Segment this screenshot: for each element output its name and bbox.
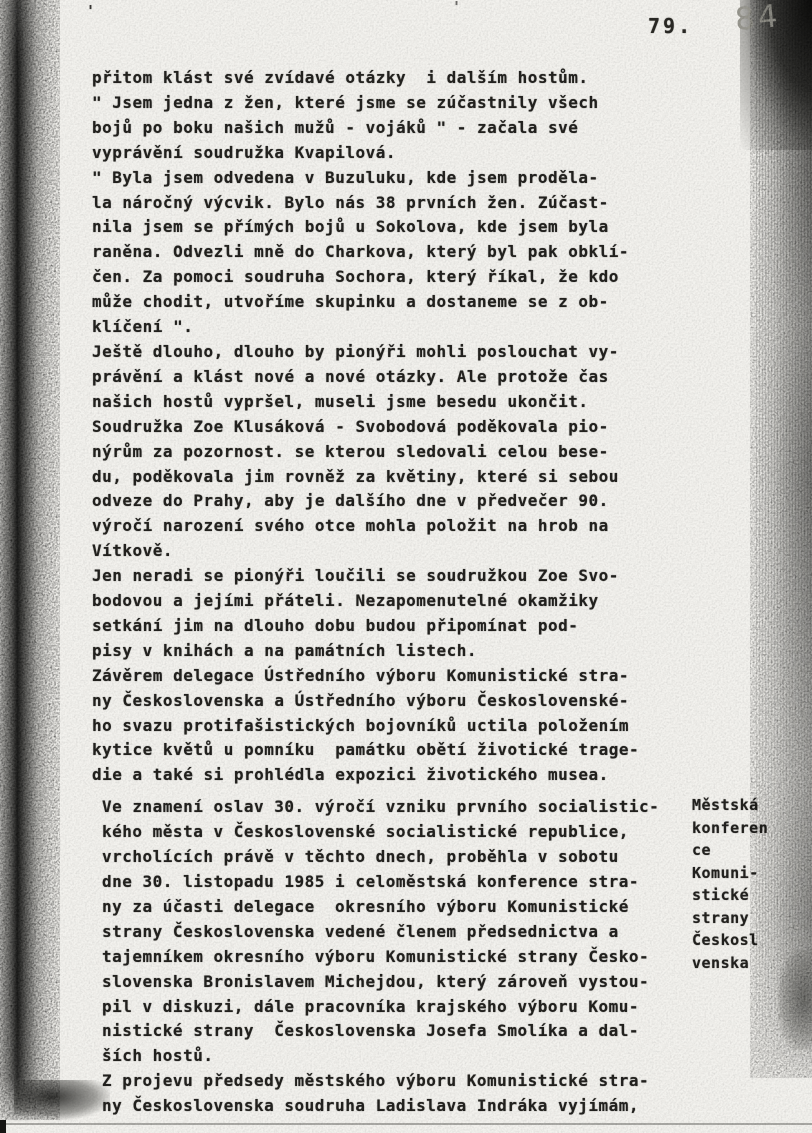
scan-blob-right [778,950,812,1050]
ink-speck: ' [86,2,95,20]
typed-page-number: 79. [648,14,693,38]
text-line: kého města v Československé socialistick… [102,820,692,845]
text-line: ny Československa a Ústředního výboru Če… [92,689,692,714]
text-line: Jen neradi se pionýři loučili se soudruž… [92,564,692,589]
text-line: nistické strany Československa Josefa Sm… [102,1019,692,1044]
text-line: vyprávění soudružka Kvapilová. [92,141,692,166]
bottom-left-corner-mark [0,1120,6,1133]
scanned-document-page: 79. 84 ' ' přitom klást své zvídavé otáz… [0,0,812,1133]
text-line: Ještě dlouho, dlouho by pionýři mohli po… [92,340,692,365]
text-line: Ve znamení oslav 30. výročí vzniku první… [102,795,692,820]
text-line: ho svazu protifašistických bojovníků uct… [92,714,692,739]
paragraph-6: Z projevu předsedy městského výboru Komu… [102,1069,692,1119]
paragraph-4: Závěrem delegace Ústředního výboru Komun… [92,664,692,789]
text-line: ny za účasti delegace okresního výboru K… [102,895,692,920]
text-line: " Jsem jedna z žen, které jsme se zúčast… [92,91,692,116]
text-line: Závěrem delegace Ústředního výboru Komun… [92,664,692,689]
text-line: pisy v knihách a na památních listech. [92,639,692,664]
typed-text-body: přitom klást své zvídavé otázky i dalším… [92,66,692,1119]
text-line: našich hostů vypršel, museli jsme besedu… [92,390,692,415]
text-line: " Byla jsem odvedena v Buzuluku, kde jse… [92,166,692,191]
margin-note-line: Komuni- [692,862,768,885]
text-line: du, poděkovala jim rovněž za květiny, kt… [92,465,692,490]
binding-shadow-left [0,0,58,1122]
margin-note-line: strany [692,907,768,930]
margin-note-line: stické [692,884,768,907]
text-line: slovenska Bronislavem Michejdou, který z… [102,970,692,995]
text-line: odveze do Prahy, aby je dalšího dne v př… [92,489,692,514]
text-line: právění a klást nové a nové otázky. Ale … [92,365,692,390]
text-line: bodovou a jejími přáteli. Nezapomenuteln… [92,589,692,614]
scanner-bottom-line [6,1123,812,1125]
text-line: čen. Za pomoci soudruha Sochora, který ř… [92,265,692,290]
text-line: nýrům za pozornost. se kterou sledovali … [92,440,692,465]
text-line: tajemníkem okresního výboru Komunistické… [102,945,692,970]
text-line: strany Československa vedené členem před… [102,920,692,945]
margin-note-line: Českosl [692,929,768,952]
text-line: výročí narození svého otce mohla položit… [92,514,692,539]
paragraph-5: Ve znamení oslav 30. výročí vzniku první… [102,795,692,1069]
ink-speck: ' [452,0,461,16]
text-line: raněna. Odvezli mně do Charkova, který b… [92,240,692,265]
text-line: die a také si prohlédla expozici životic… [92,763,692,788]
text-line: Vítkově. [92,539,692,564]
text-line: přitom klást své zvídavé otázky i dalším… [92,66,692,91]
text-line: nila jsem se přímých bojů u Sokolova, kd… [92,215,692,240]
paragraph-2: " Byla jsem odvedena v Buzuluku, kde jse… [92,166,692,340]
margin-note-line: venska [692,952,768,975]
text-line: setkání jim na dlouho dobu budou připomí… [92,614,692,639]
margin-note-line: ce [692,839,768,862]
text-line: klíčení ". [92,315,692,340]
text-line: Soudružka Zoe Klusáková - Svobodová podě… [92,415,692,440]
text-line: bojů po boku našich mužů - vojáků " - za… [92,116,692,141]
text-line: kytice květů u pomníku památku obětí živ… [92,738,692,763]
paragraph-1: přitom klást své zvídavé otázky i dalším… [92,66,692,166]
margin-note: Městská konferen ce Komuni- stické stran… [692,794,768,974]
margin-note-line: konferen [692,817,768,840]
margin-note-line: Městská [692,794,768,817]
handwritten-page-number: 84 [734,0,782,38]
paragraph-3: Ještě dlouho, dlouho by pionýři mohli po… [92,340,692,664]
text-line: pil v diskuzi, dále pracovníka krajského… [102,995,692,1020]
text-line: ny Československa soudruha Ladislava Ind… [102,1094,692,1119]
text-line: ších hostů. [102,1044,692,1069]
text-line: Z projevu předsedy městského výboru Komu… [102,1069,692,1094]
text-line: vrcholících právě v těchto dnech, proběh… [102,845,692,870]
text-line: la náročný výcvik. Bylo nás 38 prvních ž… [92,191,692,216]
text-line: dne 30. listopadu 1985 i celoměstská kon… [102,870,692,895]
text-line: může chodit, utvoříme skupinku a dostane… [92,290,692,315]
